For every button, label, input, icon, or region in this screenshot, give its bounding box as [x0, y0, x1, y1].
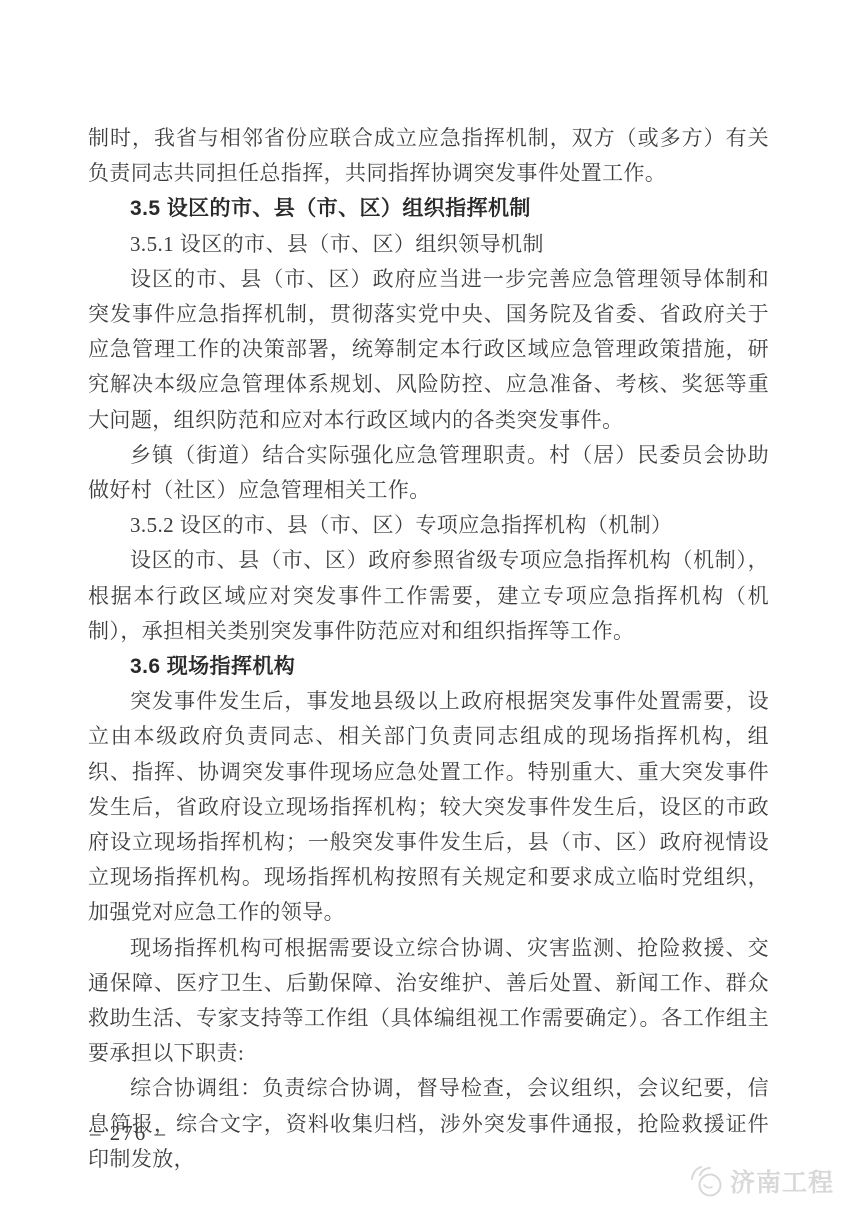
paragraph-continued: 制时，我省与相邻省份应联合成立应急指挥机制，双方（或多方）有关负责同志共同担任总… [88, 121, 769, 191]
subheading-3-5-1: 3.5.1 设区的市、县（市、区）组织领导机制 [88, 227, 769, 262]
megaphone-icon [687, 1164, 723, 1198]
section-heading-3-5: 3.5 设区的市、县（市、区）组织指挥机制 [88, 191, 769, 226]
document-content: 制时，我省与相邻省份应联合成立应急指挥机制，双方（或多方）有关负责同志共同担任总… [88, 121, 769, 1177]
paragraph: 设区的市、县（市、区）政府参照省级专项应急指挥机构（机制），根据本行政区域应对突… [88, 543, 769, 649]
page-number: – 276 – [90, 1121, 167, 1146]
publisher-watermark: 济南工程 [687, 1163, 834, 1199]
paragraph: 现场指挥机构可根据需要设立综合协调、灾害监测、抢险救援、交通保障、医疗卫生、后勤… [88, 931, 769, 1072]
document-page: 制时，我省与相邻省份应联合成立应急指挥机制，双方（或多方）有关负责同志共同担任总… [0, 0, 856, 1225]
watermark-text: 济南工程 [730, 1163, 834, 1199]
subheading-3-5-2: 3.5.2 设区的市、县（市、区）专项应急指挥机构（机制） [88, 508, 769, 543]
paragraph: 设区的市、县（市、区）政府应当进一步完善应急管理领导体制和突发事件应急指挥机制，… [88, 262, 769, 438]
paragraph: 乡镇（街道）结合实际强化应急管理职责。村（居）民委员会协助做好村（社区）应急管理… [88, 438, 769, 508]
section-heading-3-6: 3.6 现场指挥机构 [88, 649, 769, 684]
paragraph: 综合协调组：负责综合协调，督导检查，会议组织，会议纪要，信息简报，综合文字，资料… [88, 1071, 769, 1177]
paragraph: 突发事件发生后，事发地县级以上政府根据突发事件处置需要，设立由本级政府负责同志、… [88, 684, 769, 930]
